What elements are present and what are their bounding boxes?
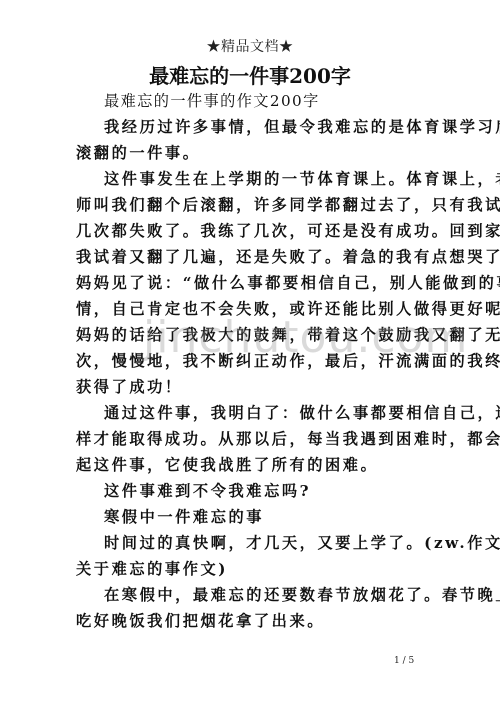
text-line: 在寒假中，最难忘的还要数春节放烟花了。春节晚上， [76,582,416,608]
document-title: 最难忘的一件事200字 [0,60,500,89]
document-header-badge: ★精品文档★ [0,36,500,56]
text-line: 次，慢慢地，我不断纠正动作，最后，汗流满面的我终于 [76,348,416,374]
text-line: 这件事发生在上学期的一节体育课上。体育课上，老 [76,166,416,192]
text-line: 师叫我们翻个后滚翻，许多同学都翻过去了，只有我试了 [76,192,416,218]
section-heading: 寒假中一件难忘的事 [76,504,416,530]
page-number: 1 / 5 [394,656,414,666]
text-line: 样才能取得成功。从那以后，每当我遇到困难时，都会想 [76,426,416,452]
text-line: 这件事难到不令我难忘吗? [76,478,416,504]
text-line: 起这件事，它使我战胜了所有的困难。 [76,452,416,478]
text-line: 滚翻的一件事。 [76,140,416,166]
text-line: 几次都失败了。我练了几次，可还是没有成功。回到家里， [76,218,416,244]
text-line: 时间过的真快啊，才几天，又要上学了。(zw.作文： [76,530,416,556]
text-line: 获得了成功！ [76,374,416,400]
text-line: 情，自己肯定也不会失败，或许还能比别人做得更好呢！” [76,296,416,322]
document-body: 最难忘的一件事的作文200字 我经历过许多事情，但最令我难忘的是体育课学习后 滚… [76,88,416,634]
document-subtitle: 最难忘的一件事的作文200字 [76,88,416,114]
text-line: 我经历过许多事情，但最令我难忘的是体育课学习后 [76,114,416,140]
text-line: 关于难忘的事作文) [76,556,416,582]
text-line: 通过这件事，我明白了：做什么事都要相信自己，这 [76,400,416,426]
text-line: 我试着又翻了几遍，还是失败了。着急的我有点想哭了， [76,244,416,270]
text-line: 吃好晚饭我们把烟花拿了出来。 [76,608,416,634]
text-line: 妈妈的话给了我极大的鼓舞，带着这个鼓励我又翻了无数 [76,322,416,348]
text-line: 妈妈见了说：“做什么事都要相信自己，别人能做到的事 [76,270,416,296]
